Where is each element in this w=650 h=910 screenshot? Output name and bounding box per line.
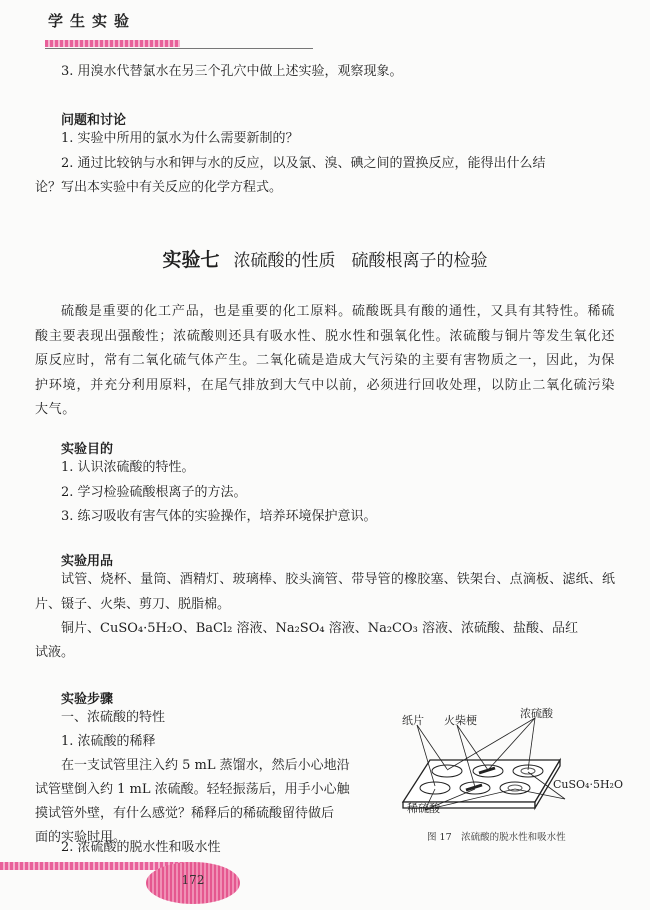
experiment-number: 实验七 <box>162 249 219 271</box>
materials-equipment: 试管、烧杯、量筒、酒精灯、玻璃棒、胶头滴管、带导管的橡胶塞、铁架台、点滴板、滤纸… <box>35 568 615 617</box>
page-number: 172 <box>146 873 240 887</box>
materials-reagents-line2: 试液。 <box>35 641 74 665</box>
experiment-title-part1: 浓硫酸的性质 <box>234 251 336 271</box>
discussion-q1: 1. 实验中所用的氯水为什么需要新制的？ <box>61 127 299 151</box>
discussion-heading: 问题和讨论 <box>61 109 126 128</box>
header-rule <box>45 48 313 49</box>
steps-part1: 一、浓硫酸的特性 <box>61 706 165 730</box>
figure-label-conc-acid: 浓硫酸 <box>520 705 553 721</box>
materials-heading: 实验用品 <box>61 550 113 569</box>
materials-reagents-line1: 铜片、CuSO₄·5H₂O、BaCl₂ 溶液、Na₂SO₄ 溶液、Na₂CO₃ … <box>61 617 578 641</box>
purpose-item-1: 1. 认识浓硫酸的特性。 <box>61 456 195 480</box>
step2-title: 2. 浓硫酸的脱水性和吸水性 <box>61 836 221 860</box>
section-header-label: 学生实验 <box>48 10 136 31</box>
purpose-item-3: 3. 练习吸收有害气体的实验操作，培养环境保护意识。 <box>61 505 377 529</box>
purpose-heading: 实验目的 <box>61 438 113 457</box>
step1-line: 摸试管外壁，有什么感觉？稀释后的稀硫酸留待做后 <box>35 802 334 826</box>
figure-label-matchstick: 火柴梗 <box>444 712 477 728</box>
step1-line: 试管壁倒入约 1 mL 浓硫酸。轻轻振荡后，用手小心触 <box>35 778 350 802</box>
purpose-item-2: 2. 学习检验硫酸根离子的方法。 <box>61 481 247 505</box>
discussion-q2-line2: 论？写出本实验中有关反应的化学方程式。 <box>35 176 282 200</box>
steps-heading: 实验步骤 <box>61 688 113 707</box>
figure-caption: 图 17 浓硫酸的脱水性和吸水性 <box>427 829 566 843</box>
prev-step-3: 3. 用溴水代替氯水在另三个孔穴中做上述实验，观察现象。 <box>61 60 403 84</box>
step1-title: 1. 浓硫酸的稀释 <box>61 730 156 754</box>
step1-line: 在一支试管里注入约 5 mL 蒸馏水，然后小心地沿 <box>61 754 350 778</box>
intro-paragraph: 硫酸是重要的化工产品，也是重要的化工原料。硫酸既具有酸的通性，又具有其特性。稀硫… <box>35 300 615 423</box>
figure-label-paper: 纸片 <box>402 712 424 728</box>
header-accent-bar <box>45 40 180 47</box>
experiment-title-part2: 硫酸根离子的检验 <box>352 251 488 271</box>
figure-label-dilute-acid: 稀硫酸 <box>407 800 440 816</box>
experiment-title: 实验七浓硫酸的性质硫酸根离子的检验 <box>0 245 650 272</box>
figure-label-copper-sulfate: CuSO₄·5H₂O <box>553 778 623 791</box>
discussion-q2-line1: 2. 通过比较钠与水和钾与水的反应，以及氯、溴、碘之间的置换反应，能得出什么结 <box>61 152 546 176</box>
